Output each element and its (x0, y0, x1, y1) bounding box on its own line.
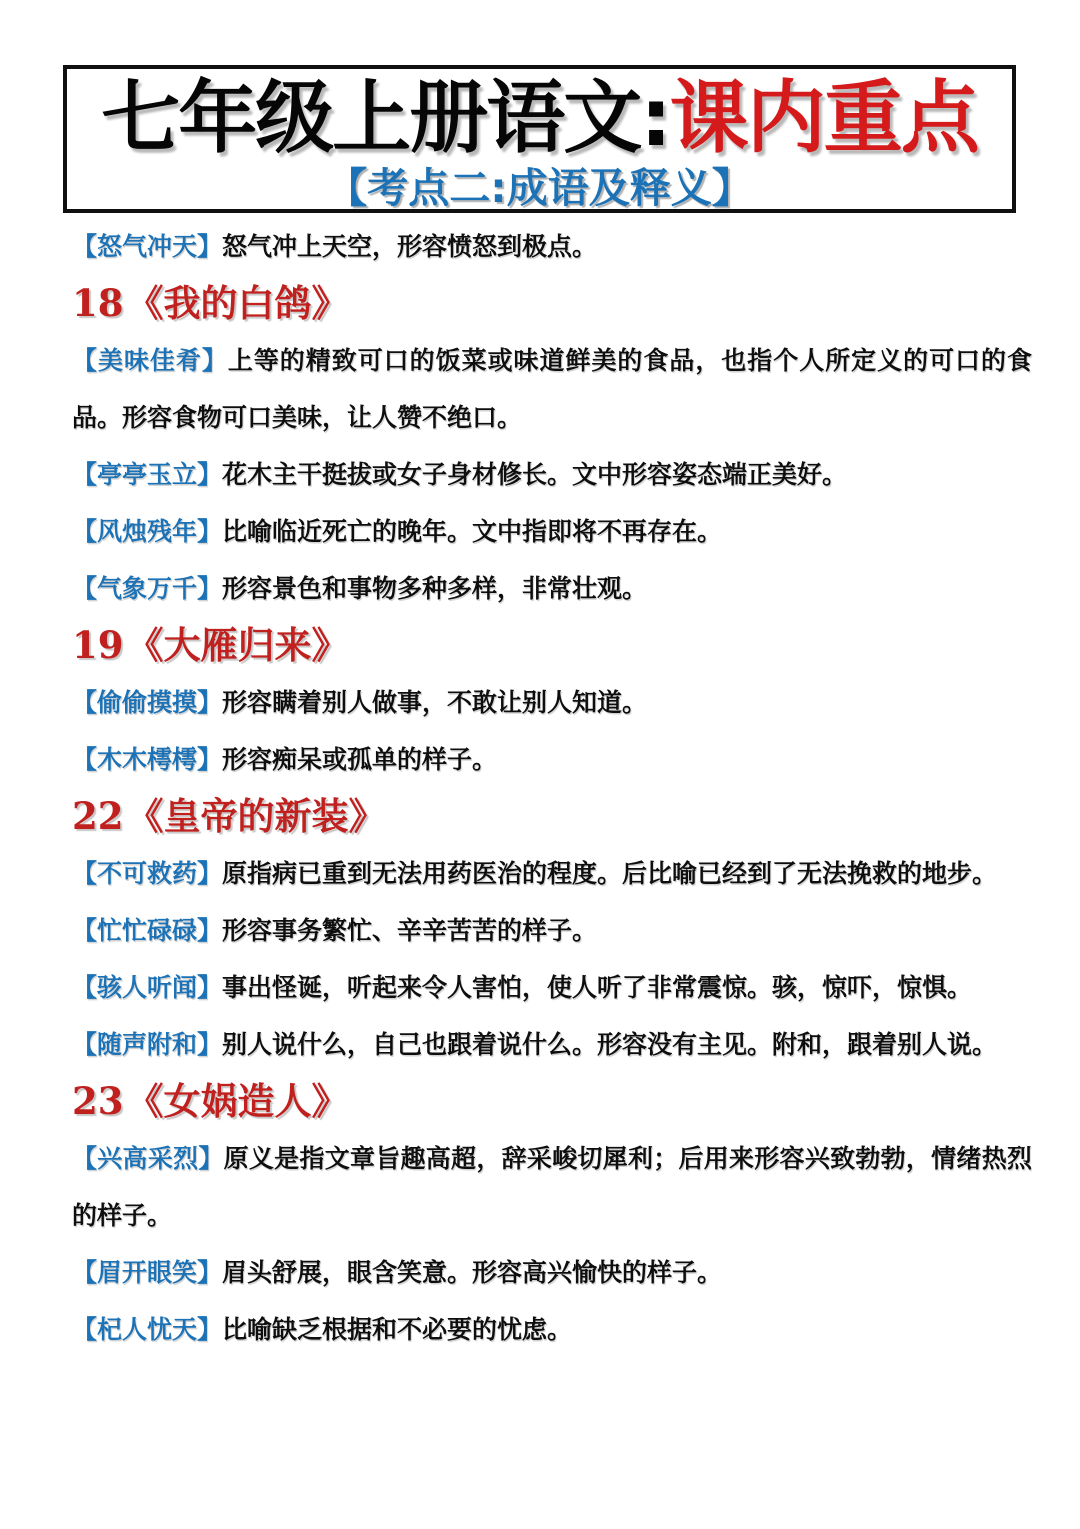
term-text: 木木樗樗 (97, 745, 197, 774)
term-text: 亭亭玉立 (97, 460, 197, 489)
term-text: 不可救药 (97, 859, 197, 888)
idiom-definition: 比喻临近死亡的晚年。文中指即将不再存在。 (222, 517, 722, 546)
lesson-number: 23 (72, 1079, 124, 1123)
idiom-definition: 眉头舒展，眼含笑意。形容高兴愉快的样子。 (222, 1258, 722, 1287)
section-heading: 18《我的白鸽》 (72, 275, 1032, 332)
idiom-entry: 【亭亭玉立】花木主干挺拔或女子身材修长。文中形容姿态端正美好。 (72, 446, 1032, 503)
term-text: 风烛残年 (97, 517, 197, 546)
idiom-term: 【杞人忧天】 (72, 1315, 222, 1344)
section-heading: 19《大雁归来》 (72, 617, 1032, 674)
bracket-close: 】 (197, 859, 222, 888)
idiom-term: 【眉开眼笑】 (72, 1258, 222, 1287)
idiom-definition: 原指病已重到无法用药医治的程度。后比喻已经到了无法挽救的地步。 (222, 859, 997, 888)
idiom-term: 【怒气冲天】 (72, 232, 222, 261)
bracket-close: 】 (198, 1144, 223, 1173)
idiom-term: 【兴高采烈】 (72, 1144, 224, 1173)
term-text: 忙忙碌碌 (97, 916, 197, 945)
term-text: 偷偷摸摸 (97, 688, 197, 717)
section-heading: 23《女娲造人》 (72, 1073, 1032, 1130)
idiom-entry: 【不可救药】原指病已重到无法用药医治的程度。后比喻已经到了无法挽救的地步。 (72, 845, 1032, 902)
bracket-close: 】 (197, 973, 222, 1002)
idiom-term: 【亭亭玉立】 (72, 460, 222, 489)
term-text: 骇人听闻 (97, 973, 197, 1002)
idiom-entry: 【美味佳肴】上等的精致可口的饭菜或味道鲜美的食品，也指个人所定义的可口的食品。形… (72, 332, 1032, 446)
idiom-entry: 【杞人忧天】比喻缺乏根据和不必要的忧虑。 (72, 1301, 1032, 1358)
idiom-entry: 【眉开眼笑】眉头舒展，眼含笑意。形容高兴愉快的样子。 (72, 1244, 1032, 1301)
content-area: 【怒气冲天】怒气冲上天空，形容愤怒到极点。 18《我的白鸽》 【美味佳肴】上等的… (72, 218, 1032, 1358)
term-text: 杞人忧天 (97, 1315, 197, 1344)
page-title: 七年级上册语文:课内重点 (67, 71, 1012, 166)
bracket-open: 【 (72, 859, 97, 888)
bracket-open: 【 (72, 346, 98, 375)
bracket-open: 【 (72, 688, 97, 717)
title-black-part: 七年级上册语文: (101, 72, 670, 164)
bracket-close: 】 (197, 688, 222, 717)
title-red-part: 课内重点 (670, 72, 978, 164)
term-text: 怒气冲天 (97, 232, 197, 261)
idiom-entry: 【风烛残年】比喻临近死亡的晚年。文中指即将不再存在。 (72, 503, 1032, 560)
idiom-definition: 怒气冲上天空，形容愤怒到极点。 (222, 232, 597, 261)
idiom-entry: 【随声附和】别人说什么，自己也跟着说什么。形容没有主见。附和，跟着别人说。 (72, 1016, 1032, 1073)
bracket-close: 】 (197, 1315, 222, 1344)
term-text: 兴高采烈 (97, 1144, 198, 1173)
idiom-term: 【随声附和】 (72, 1030, 222, 1059)
bracket-open: 【 (72, 1258, 97, 1287)
lesson-title: 《女娲造人》 (127, 1079, 349, 1123)
idiom-definition: 形容痴呆或孤单的样子。 (222, 745, 497, 774)
idiom-term: 【气象万千】 (72, 574, 222, 603)
bracket-open: 【 (72, 232, 97, 261)
lesson-number: 19 (72, 623, 124, 667)
bracket-close: 】 (197, 1258, 222, 1287)
idiom-term: 【美味佳肴】 (72, 346, 228, 375)
page-subtitle: 【考点二:成语及释义】 (67, 166, 1012, 210)
idiom-entry: 【忙忙碌碌】形容事务繁忙、辛辛苦苦的样子。 (72, 902, 1032, 959)
bracket-open: 【 (72, 973, 97, 1002)
idiom-definition: 花木主干挺拔或女子身材修长。文中形容姿态端正美好。 (222, 460, 847, 489)
bracket-open: 【 (72, 916, 97, 945)
bracket-open: 【 (72, 745, 97, 774)
idiom-definition: 形容景色和事物多种多样，非常壮观。 (222, 574, 647, 603)
bracket-open: 【 (72, 517, 97, 546)
idiom-entry: 【气象万千】形容景色和事物多种多样，非常壮观。 (72, 560, 1032, 617)
idiom-term: 【忙忙碌碌】 (72, 916, 222, 945)
idiom-entry: 【怒气冲天】怒气冲上天空，形容愤怒到极点。 (72, 218, 1032, 275)
lesson-title: 《我的白鸽》 (127, 281, 349, 325)
bracket-close: 】 (197, 1030, 222, 1059)
section-heading: 22《皇帝的新装》 (72, 788, 1032, 845)
idiom-term: 【木木樗樗】 (72, 745, 222, 774)
bracket-close: 】 (202, 346, 228, 375)
idiom-entry: 【兴高采烈】原义是指文章旨趣高超，辞采峻切犀利；后用来形容兴致勃勃，情绪热烈的样… (72, 1130, 1032, 1244)
term-text: 气象万千 (97, 574, 197, 603)
idiom-entry: 【偷偷摸摸】形容瞒着别人做事，不敢让别人知道。 (72, 674, 1032, 731)
bracket-open: 【 (72, 460, 97, 489)
bracket-close: 】 (197, 232, 222, 261)
term-text: 美味佳肴 (98, 346, 202, 375)
worksheet-page: 七年级上册语文:课内重点 【考点二:成语及释义】 【怒气冲天】怒气冲上天空，形容… (0, 0, 1080, 1529)
idiom-term: 【不可救药】 (72, 859, 222, 888)
bracket-open: 【 (72, 1030, 97, 1059)
bracket-close: 】 (197, 460, 222, 489)
bracket-open: 【 (72, 1315, 97, 1344)
lesson-title: 《皇帝的新装》 (127, 794, 386, 838)
idiom-term: 【偷偷摸摸】 (72, 688, 222, 717)
bracket-close: 】 (197, 916, 222, 945)
lesson-number: 18 (72, 281, 124, 325)
bracket-close: 】 (197, 574, 222, 603)
idiom-definition: 事出怪诞，听起来令人害怕，使人听了非常震惊。骇，惊吓，惊惧。 (222, 973, 972, 1002)
idiom-definition: 别人说什么，自己也跟着说什么。形容没有主见。附和，跟着别人说。 (222, 1030, 997, 1059)
idiom-term: 【骇人听闻】 (72, 973, 222, 1002)
idiom-definition: 形容事务繁忙、辛辛苦苦的样子。 (222, 916, 597, 945)
lesson-number: 22 (72, 794, 124, 838)
bracket-close: 】 (197, 517, 222, 546)
bracket-close: 】 (197, 745, 222, 774)
idiom-entry: 【骇人听闻】事出怪诞，听起来令人害怕，使人听了非常震惊。骇，惊吓，惊惧。 (72, 959, 1032, 1016)
header-box: 七年级上册语文:课内重点 【考点二:成语及释义】 (63, 65, 1016, 213)
lesson-title: 《大雁归来》 (127, 623, 349, 667)
idiom-entry: 【木木樗樗】形容痴呆或孤单的样子。 (72, 731, 1032, 788)
term-text: 眉开眼笑 (97, 1258, 197, 1287)
term-text: 随声附和 (97, 1030, 197, 1059)
idiom-definition: 比喻缺乏根据和不必要的忧虑。 (222, 1315, 572, 1344)
bracket-open: 【 (72, 574, 97, 603)
bracket-open: 【 (72, 1144, 97, 1173)
idiom-definition: 形容瞒着别人做事，不敢让别人知道。 (222, 688, 647, 717)
idiom-term: 【风烛残年】 (72, 517, 222, 546)
